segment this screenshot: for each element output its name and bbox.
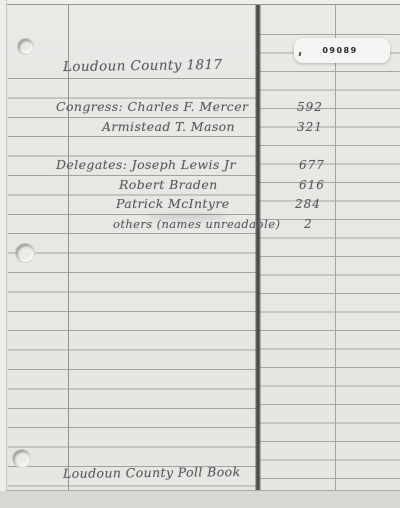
delegates-label: Delegates: xyxy=(56,157,127,172)
left-margin-line xyxy=(68,5,69,490)
candidate-name: Charles F. Mercer xyxy=(128,99,249,114)
vote-count: 321 xyxy=(297,120,323,134)
vote-count: 592 xyxy=(297,100,323,114)
page-left-edge-shadow xyxy=(6,0,7,491)
candidate-name: Joseph Lewis Jr xyxy=(132,157,236,172)
footer-note: Loudoun County Poll Book xyxy=(63,464,241,481)
ruled-lines-left xyxy=(8,78,258,488)
congress-row-1: Congress: Charles F. Mercer xyxy=(56,99,248,114)
delegates-row-1: Delegates: Joseph Lewis Jr xyxy=(56,157,236,172)
vote-count: 2 xyxy=(304,217,313,231)
page-bottom-shadow xyxy=(0,491,400,508)
column-divider-line xyxy=(255,5,261,490)
notebook-page xyxy=(7,4,400,491)
sticker-number: 09089 xyxy=(322,46,357,55)
punch-hole-bottom xyxy=(13,450,30,467)
page-title: Loudoun County 1817 xyxy=(63,57,223,75)
candidate-name: Patrick McIntyre xyxy=(116,196,230,211)
ruled-lines-right xyxy=(260,34,400,491)
punch-hole-top xyxy=(18,39,33,54)
vote-count: 677 xyxy=(299,158,325,172)
catalog-sticker: 09089 xyxy=(294,38,390,63)
vote-count: 284 xyxy=(295,197,321,211)
erased-pencil-smudge xyxy=(148,213,226,220)
punch-hole-middle xyxy=(16,244,34,262)
scanned-document: { "sticker": { "number": "09089" }, "pag… xyxy=(0,0,400,508)
candidate-name: Robert Braden xyxy=(119,177,218,192)
candidate-name: Armistead T. Mason xyxy=(102,119,235,134)
vote-count: 616 xyxy=(299,178,325,192)
congress-label: Congress: xyxy=(56,99,123,114)
right-column-line xyxy=(335,5,336,490)
